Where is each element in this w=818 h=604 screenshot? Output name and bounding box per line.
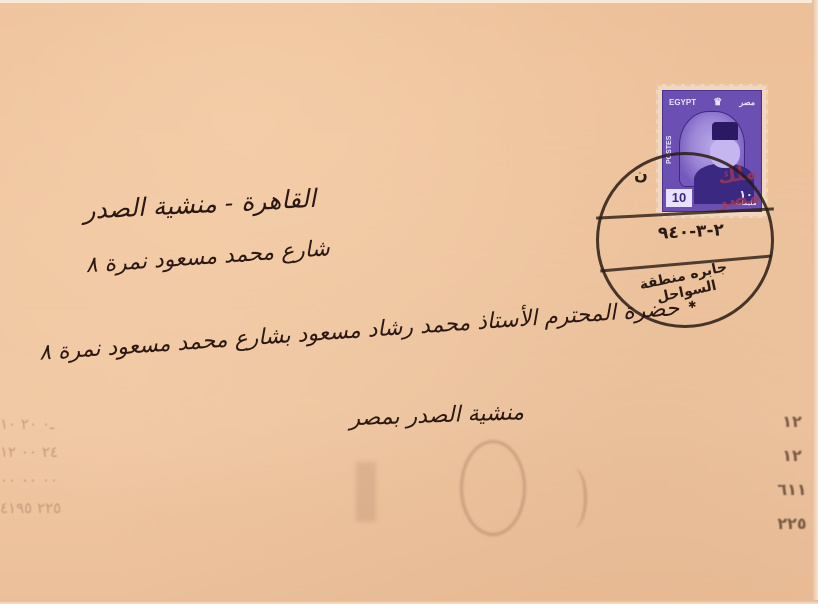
faded-handwritten-marks-right: ١٢ ١٢ ٦١١ ٢٢٥ [770, 405, 814, 545]
stamp-country-arabic: مصر [739, 98, 755, 107]
envelope-bottom-edge [0, 600, 818, 604]
faded-printed-marks-left: ـ۰ ۲۰ ۱۰ ٢٤ ٠٠ ١٢ ٠٠ ٠٠ ٠٠ ٢٢٥ ٤١٩٥ [0, 410, 180, 540]
stamp-header: EGYPT ♛ مصر [666, 94, 758, 110]
faded-line: ـ۰ ۲۰ ۱۰ [0, 410, 180, 438]
faded-line: ٠٠ ٠٠ ٠٠ [0, 466, 180, 494]
faded-smudge [356, 462, 376, 522]
crown-icon: ♛ [713, 97, 722, 108]
faded-stamp-mark [460, 440, 526, 536]
envelope-top-edge [0, 0, 818, 3]
faded-line: ٢٢٥ ٤١٩٥ [0, 494, 180, 522]
stamp-country-latin: EGYPT [669, 98, 696, 107]
faded-arc-mark [560, 468, 587, 528]
faded-line: ٢٤ ٠٠ ١٢ [0, 438, 180, 466]
faded-line: ١٢ [770, 405, 814, 439]
faded-line: ٢٢٥ [770, 507, 814, 541]
recipient-address-line-2: منشية الصدر بمصر [304, 400, 525, 433]
faded-line: ١٢ [770, 439, 814, 473]
recipient-address-line-1: حضرة المحترم الأستاذ محمد رشاد مسعود بشا… [50, 296, 680, 365]
postmark-star-icon: ✱ [688, 300, 696, 311]
postmark-top-text: ن [616, 165, 666, 184]
portrait-fez [712, 122, 738, 140]
faded-line: ٦١١ [770, 473, 814, 507]
envelope: ـ۰ ۲۰ ۱۰ ٢٤ ٠٠ ١٢ ٠٠ ٠٠ ٠٠ ٢٢٥ ٤١٩٥ ١٢ ١… [0, 0, 818, 604]
sender-address-line-1: القاهرة - منشية الصدر [75, 184, 316, 226]
sender-address-line-2: شارع محمد مسعود نمرة ٨ [107, 236, 330, 276]
